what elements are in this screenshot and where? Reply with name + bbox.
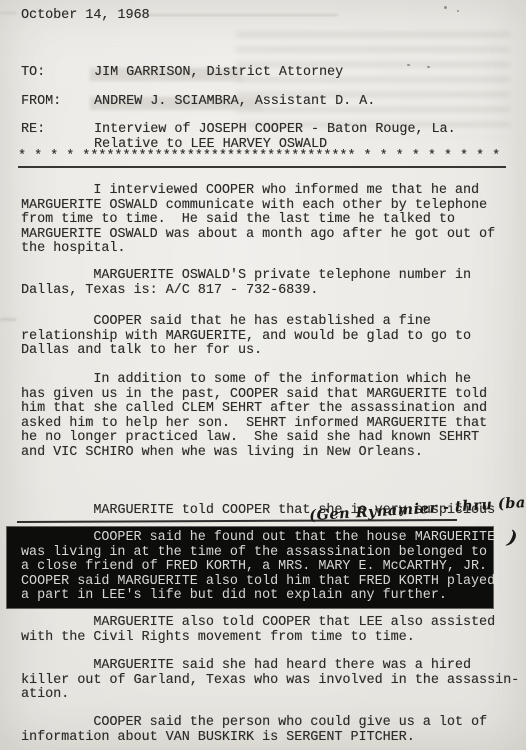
from-value: ANDREW J. SCIAMBRA, Assistant D. A. — [94, 95, 375, 110]
paragraph-hired-killer: MARGUERITE said she had heard there was … — [21, 659, 519, 703]
paragraph-relationship: COOPER said that he has established a fi… — [21, 315, 471, 359]
handwritten-annotation-tail: ) — [507, 530, 519, 546]
paragraph-civil-rights: MARGUERITE also told COOPER that LEE als… — [21, 616, 495, 645]
scan-artifact — [457, 10, 459, 12]
memo-date: October 14, 1968 — [21, 9, 150, 24]
paragraph-clem-sehrt: In addition to some of the information w… — [21, 373, 487, 461]
paragraph-phone-number: MARGUERITE OSWALD'S private telephone nu… — [21, 269, 471, 298]
divider-rule — [18, 166, 506, 168]
redaction-highlight-block: COOPER said he found out that the house … — [7, 527, 493, 608]
to-value: JIM GARRISON, District Attorney — [94, 66, 343, 81]
scanned-memo-page: October 14, 1968 TO: JIM GARRISON, Distr… — [0, 0, 526, 750]
paragraph-cooper-contact: I interviewed COOPER who informed me tha… — [21, 184, 495, 257]
memo-to-row: TO: JIM GARRISON, District Attorney — [21, 66, 511, 81]
scan-artifact — [0, 318, 16, 321]
memo-from-row: FROM: ANDREW J. SCIAMBRA, Assistant D. A… — [21, 95, 511, 110]
scan-artifact — [0, 12, 16, 14]
paragraph-van-buskirk: COOPER said the person who could give us… — [21, 716, 487, 745]
re-label: RE: — [21, 123, 94, 152]
asterisk-divider: * * * * ********************************… — [18, 150, 500, 165]
re-value: Interview of JOSEPH COOPER - Baton Rouge… — [94, 123, 456, 152]
to-label: TO: — [21, 66, 94, 81]
from-label: FROM: — [21, 95, 94, 110]
scan-artifact — [444, 6, 447, 9]
scan-artifact — [142, 14, 338, 16]
memo-re-row: RE: Interview of JOSEPH COOPER - Baton R… — [21, 123, 511, 152]
